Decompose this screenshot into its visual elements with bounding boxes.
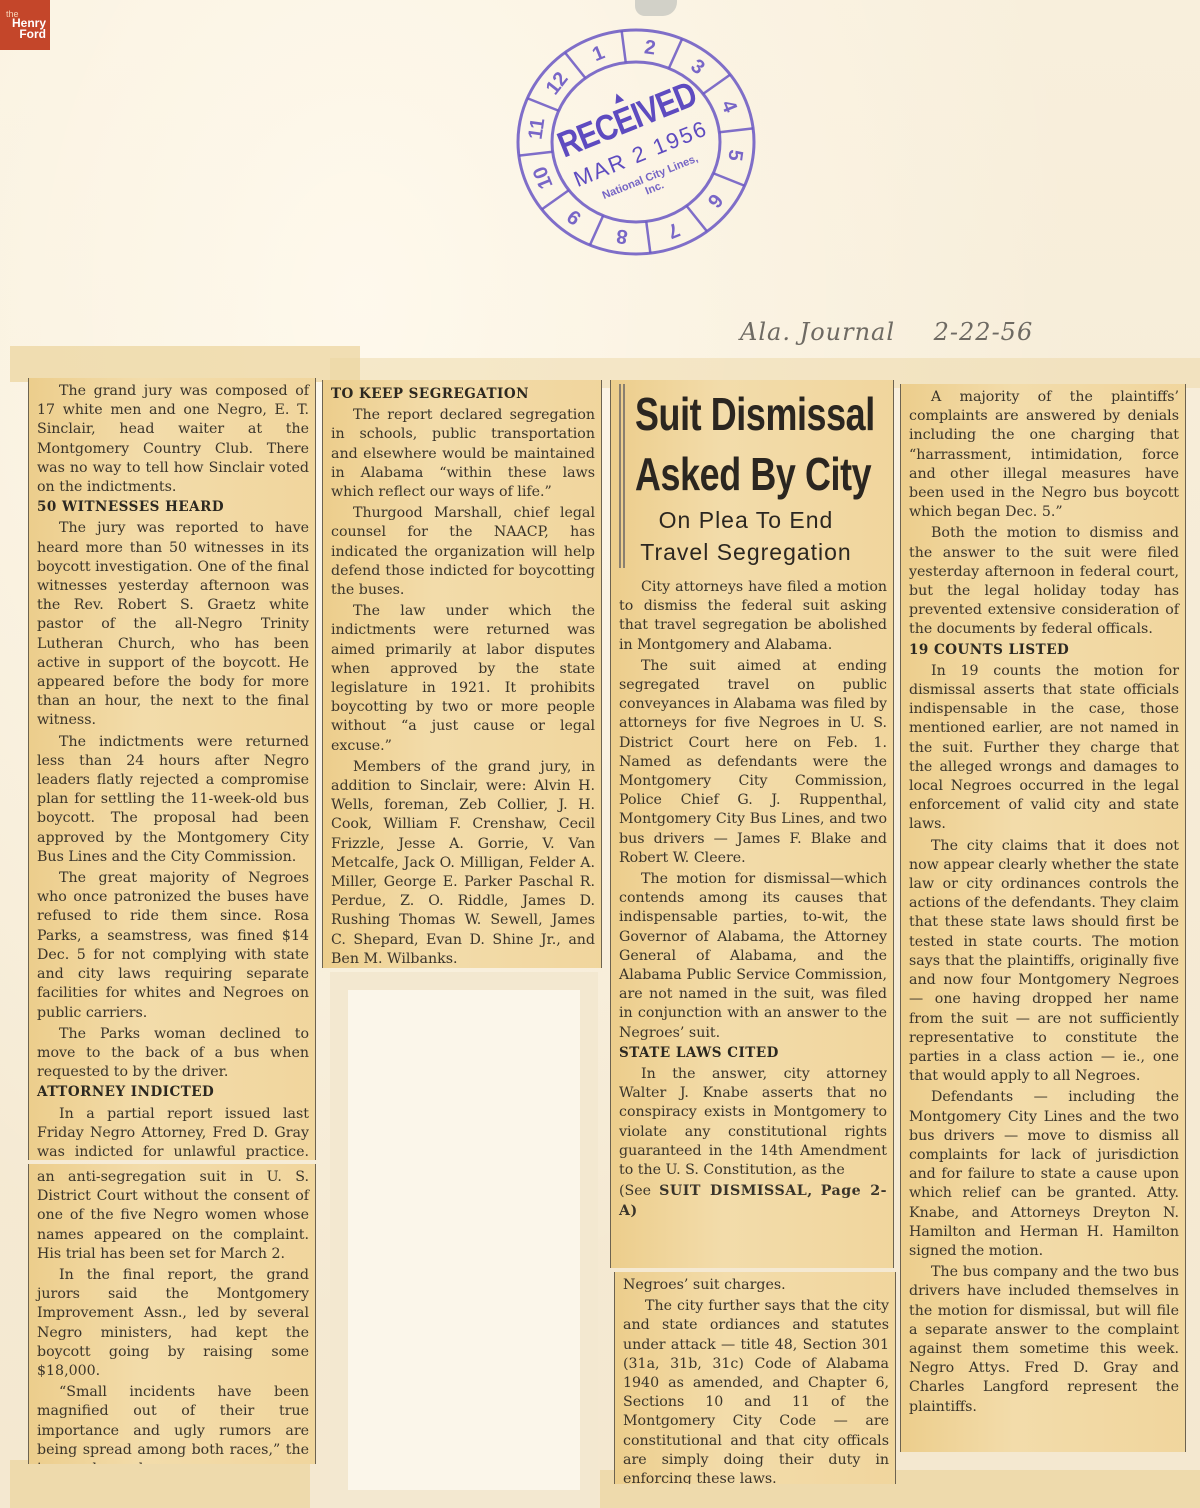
subheadline-line-2: Travel Segregation xyxy=(635,536,887,568)
clipping-column-2: TO KEEP SEGREGATION The report declared … xyxy=(322,380,602,968)
subheadline-line-1: On Plea To End xyxy=(635,504,887,536)
blank-mount-area xyxy=(330,972,598,1508)
handwritten-source-note: Ala. Journal 2-22-56 xyxy=(740,318,1080,346)
paragraph: The grand jury was composed of 17 white … xyxy=(37,382,309,497)
logo-text-ford: Ford xyxy=(19,29,46,40)
jump-target: SUIT DISMISSAL, xyxy=(659,1183,812,1199)
paragraph: In a partial report issued last Friday N… xyxy=(37,1105,309,1160)
clipping-column-3: Suit Dismissal Asked By City On Plea To … xyxy=(610,380,894,1268)
subhead-to-keep-segregation: TO KEEP SEGREGATION xyxy=(331,385,595,404)
tape-strip xyxy=(10,346,360,382)
paragraph: Members of the grand jury, in addition t… xyxy=(331,758,595,968)
paragraph: In the final report, the grand jurors sa… xyxy=(37,1266,309,1381)
paragraph: Both the motion to dismiss and the answe… xyxy=(909,524,1179,639)
jump-prefix: (See xyxy=(619,1183,651,1199)
paragraph: “Small incidents have been magnified out… xyxy=(37,1383,309,1464)
clipping-column-3-continued: Negroes’ suit charges. The city further … xyxy=(614,1272,896,1484)
paragraph: an anti-segregation suit in U. S. Distri… xyxy=(37,1168,309,1264)
paragraph: The law under which the indictments were… xyxy=(331,602,595,756)
clipping-column-4: A majority of the plaintiffs’ complaints… xyxy=(900,384,1186,1452)
tape-strip xyxy=(10,1460,310,1508)
paragraph: The suit aimed at ending segregated trav… xyxy=(619,657,887,868)
paragraph: City attorneys have filed a motion to di… xyxy=(619,578,887,655)
source-date: 2-22-56 xyxy=(934,318,1034,346)
henry-ford-logo: the Henry Ford xyxy=(0,0,50,50)
paragraph: The city further says that the city and … xyxy=(623,1297,889,1484)
clipping-column-1: The grand jury was composed of 17 white … xyxy=(28,378,316,1160)
paragraph: The great majority of Negroes who once p… xyxy=(37,869,309,1023)
paragraph: Defendants — including the Montgomery Ci… xyxy=(909,1088,1179,1261)
paragraph: The indictments were returned less than … xyxy=(37,733,309,867)
subhead-witnesses-heard: 50 WITNESSES HEARD xyxy=(37,498,309,517)
headline-block: Suit Dismissal Asked By City On Plea To … xyxy=(619,384,887,568)
clipping-column-1-continued: an anti-segregation suit in U. S. Distri… xyxy=(28,1164,316,1464)
paragraph: The Parks woman declined to move to the … xyxy=(37,1025,309,1083)
paragraph: The city claims that it does not now app… xyxy=(909,837,1179,1087)
received-stamp: 123456789101112 ▲ RECEIVED MAR 2 1956 Na… xyxy=(512,24,760,260)
paragraph: In 19 counts the motion for dismissal as… xyxy=(909,662,1179,835)
paragraph: The bus company and the two bus drivers … xyxy=(909,1263,1179,1417)
paragraph: Thurgood Marshall, chief legal counsel f… xyxy=(331,504,595,600)
paragraph: A majority of the plaintiffs’ complaints… xyxy=(909,388,1179,522)
source-name: Ala. Journal xyxy=(740,318,895,346)
paragraph: In the answer, city attorney Walter J. K… xyxy=(619,1065,887,1180)
headline-line-1: Suit Dismissal xyxy=(635,384,832,444)
headline-line-2: Asked By City xyxy=(635,444,832,504)
paragraph: Negroes’ suit charges. xyxy=(623,1276,889,1295)
subhead-state-laws-cited: STATE LAWS CITED xyxy=(619,1044,887,1063)
subhead-attorney-indicted: ATTORNEY INDICTED xyxy=(37,1083,309,1102)
paragraph: The report declared segregation in schoo… xyxy=(331,406,595,502)
subhead-19-counts-listed: 19 COUNTS LISTED xyxy=(909,641,1179,660)
jump-reference: (See SUIT DISMISSAL, Page 2-A) xyxy=(619,1182,887,1220)
paragraph: The motion for dismissal—which contends … xyxy=(619,870,887,1043)
paragraph: The jury was reported to have heard more… xyxy=(37,519,309,730)
